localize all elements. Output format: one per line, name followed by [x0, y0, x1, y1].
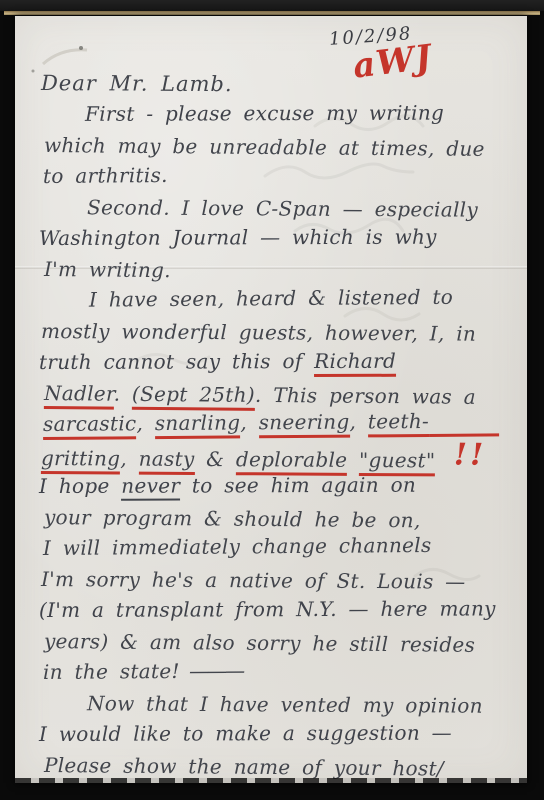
- letter-text: in the state!: [43, 659, 180, 684]
- letter-text: I'm writing.: [44, 257, 171, 282]
- red-underlined-word: teeth-: [368, 409, 429, 437]
- letter-text: I would like to make a suggestion —: [39, 721, 452, 746]
- letter-text: which may be unreadable at times, due: [44, 133, 485, 161]
- red-underlined-word: Nadler: [44, 381, 114, 410]
- letter-text: Washington Journal — which is why: [39, 225, 437, 250]
- letter-line: Washington Journal — which is why: [39, 221, 509, 254]
- red-underlined-word: snarling: [155, 410, 241, 439]
- letter-page: 10/2/98 aWJ Dear Mr. Lamb.First - please…: [15, 16, 527, 783]
- letter-text: to see him again on: [180, 473, 416, 498]
- letter-line: First - please excuse my writing: [39, 97, 509, 130]
- paper-edge-tan-line: [4, 11, 540, 15]
- ink-underlined-word: never: [121, 474, 180, 501]
- letter-line: I hope never to see him again on: [39, 469, 509, 502]
- letter-text: .: [114, 382, 133, 406]
- letter-line: in the state! ———: [43, 653, 513, 688]
- letter-text: I have seen, heard & listened to: [89, 285, 453, 312]
- letter-text: (I'm a transplant from N.Y. — here many: [39, 596, 496, 622]
- letter-text: years) & am also sorry he still resides: [44, 629, 475, 657]
- letter-text: ,: [349, 409, 368, 433]
- letter-line: I have seen, heard & listened to: [43, 281, 513, 316]
- letter-text: ,: [136, 411, 155, 435]
- letter-line: I will immediately change channels: [43, 529, 513, 564]
- letter-text: ,: [240, 410, 259, 434]
- letter-text: mostly wonderful guests, however, I, in: [41, 319, 476, 346]
- red-exclamation-marks: !!: [435, 437, 486, 472]
- letter-text: I hope: [39, 474, 121, 498]
- letter-line: (I'm a transplant from N.Y. — here many: [39, 593, 509, 626]
- letter-line: truth cannot say this of Richard: [39, 345, 509, 378]
- letter-text: truth cannot say this of: [39, 349, 314, 374]
- letter-text: I will immediately change channels: [43, 533, 432, 560]
- letter-text: &: [194, 447, 236, 471]
- scan-frame-top: [0, 0, 544, 11]
- letter-text: Second. I love C-Span — especially: [87, 195, 478, 221]
- red-underlined-word: sarcastic: [43, 411, 137, 440]
- letter-text: ,: [120, 446, 138, 470]
- letter-text: [347, 448, 359, 472]
- letter-text: Now that I have vented my opinion: [87, 691, 483, 717]
- letter-text: your program & should he be on,: [44, 505, 421, 532]
- letter-text: to arthritis.: [43, 163, 168, 188]
- red-underlined-word: sneering: [259, 410, 350, 439]
- red-underlined-word: [429, 408, 499, 437]
- letter-body: Dear Mr. Lamb.First - please excuse my w…: [41, 68, 511, 781]
- letter-text: I'm sorry he's a native of St. Louis —: [41, 567, 466, 594]
- letter-line: Please show the name of your host/: [44, 750, 514, 785]
- letter-text: Dear Mr. Lamb.: [41, 71, 233, 96]
- red-underlined-word: Richard: [314, 349, 396, 377]
- letter-text: Please show the name of your host/: [44, 753, 444, 780]
- letter-text: First - please excuse my writing: [85, 101, 444, 126]
- letter-line: sarcastic, snarling, sneering, teeth-: [43, 405, 513, 440]
- letter-line: to arthritis.: [43, 157, 513, 192]
- letter-line: I would like to make a suggestion —: [39, 717, 509, 750]
- pen-flourish: ———: [180, 658, 244, 682]
